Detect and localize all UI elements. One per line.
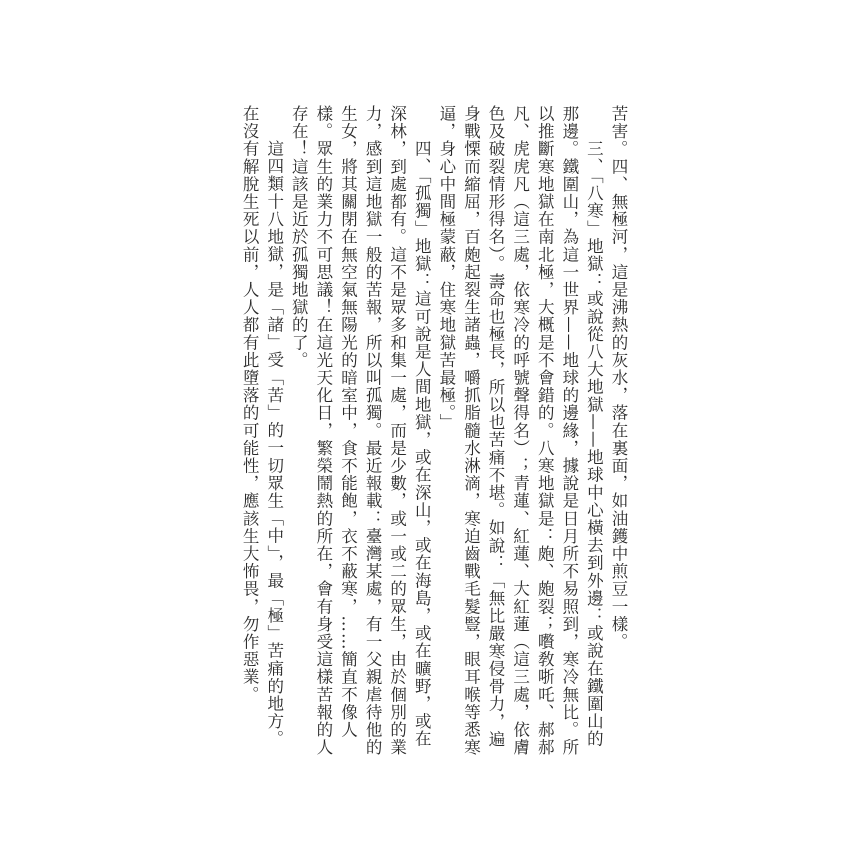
text-column-15-paragraph-start: 這四類十八地獄，是「諸」受「苦」的一切眾生「中」，最「極」苦痛的地方。 — [261, 105, 286, 760]
text-column-5: 凡、虎虎凡（這三處，依寒冷的呼號聲得名）；青蓮、紅蓮、大紅蓮（這三處，依膚 — [507, 105, 532, 760]
vertical-text-body: 苦害。四、無極河，這是沸熱的灰水，落在裏面，如油鑊中煎豆一樣。 三、「八寒」地獄… — [237, 105, 631, 760]
text-column-7: 身戰慄而縮屈，百皰起裂生諸蟲，嚼抓脂髓水淋滴，寒迫齒戰毛髮豎，眼耳喉等悉寒 — [458, 105, 483, 760]
text-column-14: 存在！這該是近於孤獨地獄的了。 — [286, 105, 311, 760]
text-column-6: 色及破裂情形得名）。壽命也極長，所以也苦痛不堪。如說：「無比嚴寒侵骨力，遍 — [482, 105, 507, 760]
text-column-2-paragraph-start: 三、「八寒」地獄：或說從八大地獄——地球中心橫去到外邊：或說在鐵圍山的 — [581, 105, 606, 760]
text-column-16: 在沒有解脫生死以前，人人都有此墮落的可能性，應該生大怖畏，勿作惡業。 — [237, 105, 262, 760]
text-column-9-paragraph-start: 四、「孤獨」地獄：這可說是人間地獄，或在深山，或在海島，或在曠野，或在 — [409, 105, 434, 760]
text-column-1: 苦害。四、無極河，這是沸熱的灰水，落在裏面，如油鑊中煎豆一樣。 — [605, 105, 630, 760]
text-column-3: 那邊。鐵圍山，為這一世界——地球的邊緣，據說是日月所不易照到，寒冷無比。所 — [556, 105, 581, 760]
document-page: 苦害。四、無極河，這是沸熱的灰水，落在裏面，如油鑊中煎豆一樣。 三、「八寒」地獄… — [0, 0, 850, 850]
text-column-12: 生女，將其關閉在無空氣無陽光的暗室中，食不能飽，衣不蔽寒，……簡直不像人 — [335, 105, 360, 760]
text-column-11: 力，感到這地獄一般的苦報，所以叫孤獨。最近報載：臺灣某處，有一父親虐待他的 — [359, 105, 384, 760]
text-column-10: 深林，到處都有。這不是眾多和集一處，而是少數，或一或二的眾生，由於個別的業 — [384, 105, 409, 760]
text-column-4: 以推斷寒地獄在南北極，大概是不會錯的。八寒地獄是：皰、皰裂；嚽敎哳吒、郝郝 — [532, 105, 557, 760]
text-column-8: 逼，身心中間極蒙蔽，住寒地獄苦最極。」 — [433, 105, 458, 760]
text-column-13: 樣。眾生的業力不可思議！在這光天化日，繁榮鬧熱的所在，會有身受這樣苦報的人 — [310, 105, 335, 760]
